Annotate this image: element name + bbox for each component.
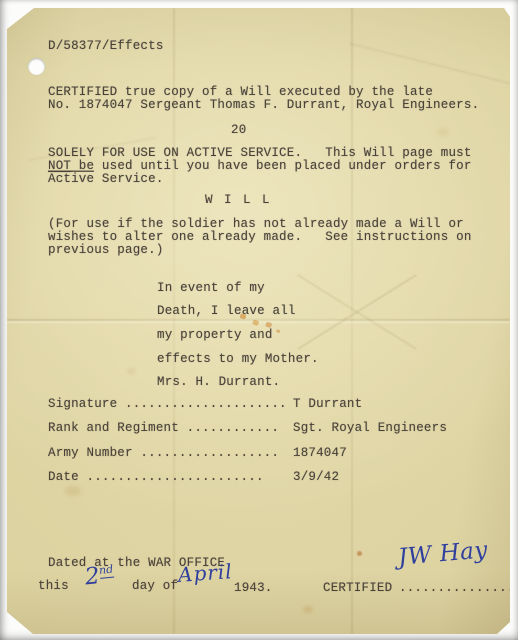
field-value-army-number: 1874047 — [293, 447, 347, 460]
day-ordinal-suffix: nd — [98, 563, 114, 579]
handwritten-day: 2nd — [84, 562, 115, 591]
dotted-leader: ..................... — [117, 397, 286, 411]
active-word: Active — [48, 172, 94, 186]
handwritten-certifier-signature: JW Hay — [397, 537, 489, 571]
dotted-leader: ....................... — [79, 470, 264, 484]
field-label-signature: Signature ..................... — [48, 398, 287, 411]
will-heading: W I L L — [205, 194, 272, 207]
page-number: 20 — [231, 124, 246, 137]
field-value-signature: T Durrant — [293, 398, 362, 411]
paper-sheet: D/58377/Effects CERTIFIED true copy of a… — [7, 8, 510, 634]
diagonal-crease — [297, 274, 417, 349]
field-label-date: Date ....................... — [48, 471, 264, 484]
age-stain — [437, 128, 449, 136]
will-body-line: In event of my — [157, 282, 265, 295]
horizontal-fold-crease — [7, 319, 510, 321]
certified-label: CERTIFIED — [323, 582, 392, 595]
notice-line3-rest: Service. — [94, 172, 163, 186]
certified-dotted-line: .................. — [399, 582, 510, 595]
not-word-underlined: NOT — [48, 159, 71, 173]
certified-statement-line2: No. 1874047 Sergeant Thomas F. Durrant, … — [48, 99, 479, 112]
field-value-rank-regiment: Sgt. Royal Engineers — [293, 422, 447, 435]
day-of-label: day of — [132, 580, 178, 593]
instructions-line3: previous page.) — [48, 244, 164, 257]
notice-line2-rest: be used until you have been placed under… — [71, 159, 471, 173]
horizontal-fold-highlight — [7, 321, 510, 323]
scanned-document: D/58377/Effects CERTIFIED true copy of a… — [0, 0, 518, 640]
will-body-line: Mrs. H. Durrant. — [157, 376, 280, 389]
year-label: 1943. — [234, 582, 273, 595]
will-body-line: my property and — [157, 329, 273, 342]
field-value-date: 3/9/42 — [293, 471, 339, 484]
age-stain — [303, 606, 313, 613]
rust-spot — [357, 551, 362, 556]
will-body-line: Death, I leave all — [157, 305, 296, 318]
will-body-line: effects to my Mother. — [157, 353, 319, 366]
diagonal-crease — [297, 274, 417, 349]
age-stain — [65, 486, 81, 496]
age-stain — [127, 368, 135, 374]
punch-hole — [28, 58, 45, 75]
handwritten-month: April — [177, 559, 233, 587]
notice-line3: Active Service. — [48, 173, 164, 186]
reference-number: D/58377/Effects — [48, 40, 164, 53]
dotted-leader: ............ — [179, 421, 279, 435]
diagonal-crease — [349, 42, 510, 85]
dotted-leader: .................. — [133, 446, 279, 460]
this-label: this — [38, 580, 69, 593]
field-label-army-number: Army Number .................. — [48, 447, 279, 460]
field-label-rank-regiment: Rank and Regiment ............ — [48, 422, 279, 435]
